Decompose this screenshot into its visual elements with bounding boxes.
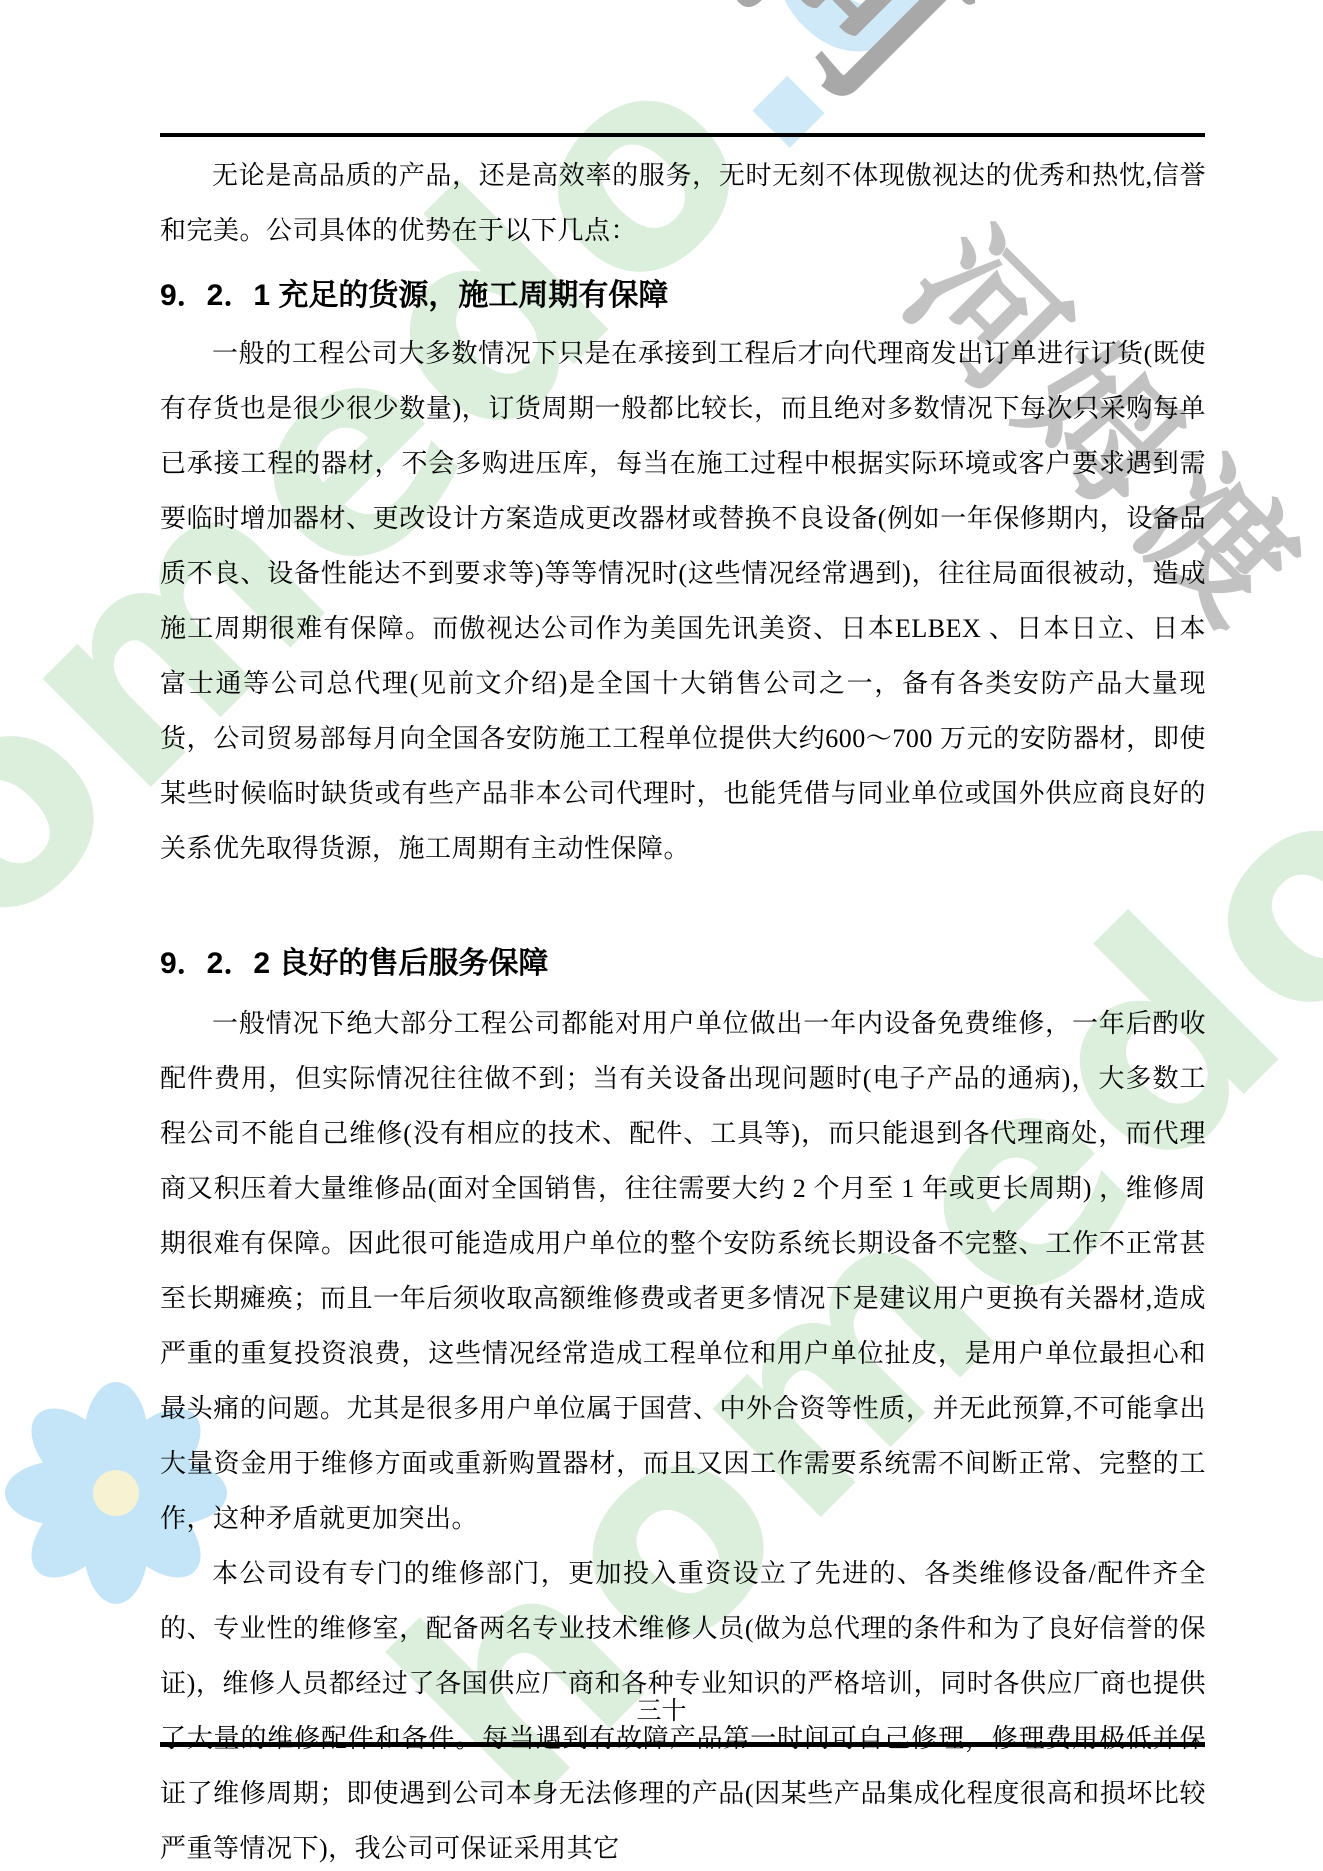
header-rule	[160, 133, 1205, 137]
flower-center	[93, 1470, 139, 1516]
section-heading-9-2-2: 9．2．2 良好的售后服务保障	[160, 940, 1206, 988]
document-page: homedo.com homedo.com 河姆渡 河 无论是高品质的产品，还是…	[0, 0, 1323, 1871]
watermark-corner-glyph: 河	[709, 0, 992, 133]
flower-petal	[14, 1391, 138, 1515]
flower-petal	[84, 1492, 148, 1604]
section-heading-9-2-1: 9．2．1 充足的货源，施工周期有保障	[160, 272, 1206, 320]
flower-petal	[84, 1382, 148, 1494]
section-9-2-2-paragraph-1: 一般情况下绝大部分工程公司都能对用户单位做出一年内设备免费维修，一年后酌收配件费…	[160, 996, 1206, 1546]
page-number: 三十	[0, 1697, 1323, 1727]
intro-paragraph: 无论是高品质的产品，还是高效率的服务，无时无刻不体现傲视达的优秀和热忱,信誉和完…	[160, 148, 1206, 258]
flower-petal	[5, 1461, 117, 1525]
watermark-brand-suffix: .com	[1257, 163, 1323, 945]
flower-petal	[14, 1469, 138, 1593]
document-body: 无论是高品质的产品，还是高效率的服务，无时无刻不体现傲视达的优秀和热忱,信誉和完…	[160, 148, 1206, 1871]
section-9-2-1-paragraph: 一般的工程公司大多数情况下只是在承接到工程后才向代理商发出订单进行订货(既使有存…	[160, 326, 1206, 876]
